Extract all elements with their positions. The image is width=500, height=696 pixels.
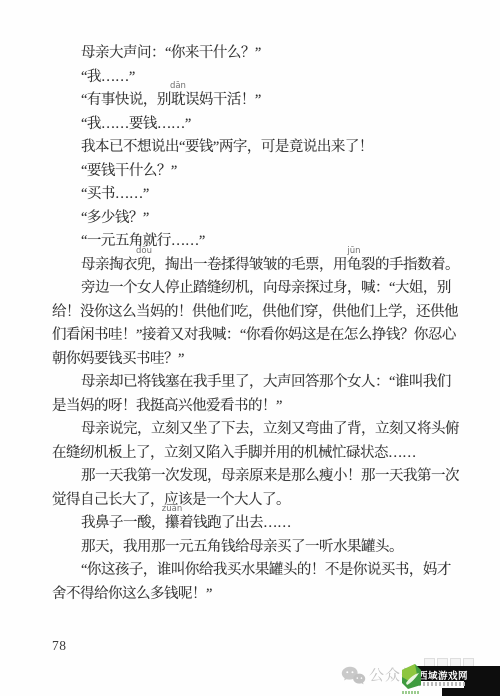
pinyin-annotated-char: 耽dān (171, 89, 185, 113)
pinyin-label: jūn (347, 247, 360, 255)
text-line: 在缝纫机板上了，立刻又陷入手脚并用的机械忙碌状态…… (52, 442, 472, 466)
site-logo-text: 西域游戏网 (418, 671, 468, 682)
pinyin-annotated-char: 攥zuàn (165, 512, 179, 536)
text-line: 那一天我第一次发现，母亲原来是那么瘦小！那一天我第一次 (52, 465, 472, 489)
text-line: 我鼻子一酸，攥zuàn着钱跑了出去…… (52, 512, 472, 536)
text-line: “多少钱？” (52, 207, 472, 231)
site-logo-caption-marks (419, 682, 465, 686)
text-line: 母亲说完，立刻又坐了下去，立刻又弯曲了背，立刻又将头俯 (52, 418, 472, 442)
text-lines: 母亲大声问：“你来干什么？”“我……”“有事快说，别耽dān误妈干活！”“我……… (52, 42, 472, 606)
text-line: “要钱干什么？” (52, 160, 472, 184)
text-line: “买书……” (52, 183, 472, 207)
pinyin-label: dōu (136, 247, 152, 255)
site-logo-box: 西域游戏网 (417, 666, 469, 681)
text-line: 们看闲书哇！”接着又对我喊：“你看你妈这是在怎么挣钱？你忍心 (52, 324, 472, 348)
page-number: 78 (52, 638, 67, 654)
text-line: “我……” (52, 66, 472, 90)
text-line: “有事快说，别耽dān误妈干活！” (52, 89, 472, 113)
pinyin-annotated-char: 龟jūn (347, 254, 361, 278)
black-corner-block (464, 666, 500, 688)
text-line: 那天，我用那一元五角钱给母亲买了一听水果罐头。 (52, 536, 472, 560)
text-line: “你这孩子，谁叫你给我买水果罐头的！不是你说买书，妈才 (52, 559, 472, 583)
text-line: 我本已不想说出“要钱”两字，可是竟说出来了！ (52, 136, 472, 160)
book-page: 母亲大声问：“你来干什么？”“我……”“有事快说，别耽dān误妈干活！”“我……… (0, 0, 500, 696)
text-line: 母亲却已将钱塞在我手里了，大声回答那个女人：“谁叫我们 (52, 371, 472, 395)
text-line: 给！没你这么当妈的！供他们吃，供他们穿，供他们上学，还供他 (52, 301, 472, 325)
text-line: 母亲大声问：“你来干什么？” (52, 42, 472, 66)
text-line: 旁边一个女人停止踏缝纫机，向母亲探过身，喊：“大姐，别 (52, 277, 472, 301)
pinyin-annotated-char: 兜dōu (137, 254, 151, 278)
text-line: 朝你妈要钱买书哇？” (52, 348, 472, 372)
text-line: 觉得自己长大了，应该是一个大人了。 (52, 489, 472, 513)
pinyin-label: zuàn (162, 505, 182, 513)
site-logo-leaf-icon (400, 663, 422, 690)
text-line: 是当妈的呀！我挺高兴他爱看书的！” (52, 395, 472, 419)
text-line: 舍不得给你这么多钱呢！” (52, 583, 472, 607)
text-line: “我……要钱……” (52, 113, 472, 137)
pinyin-label: dān (170, 82, 186, 90)
wechat-icon (341, 666, 366, 686)
black-bottom-strip (442, 688, 500, 696)
text-line: 母亲掏衣兜dōu，掏出一卷揉得皱皱的毛票，用龟jūn裂的手指数着。 (52, 254, 472, 278)
text-line: “一元五角就行……” (52, 230, 472, 254)
leaf-caption-marks (402, 691, 420, 694)
